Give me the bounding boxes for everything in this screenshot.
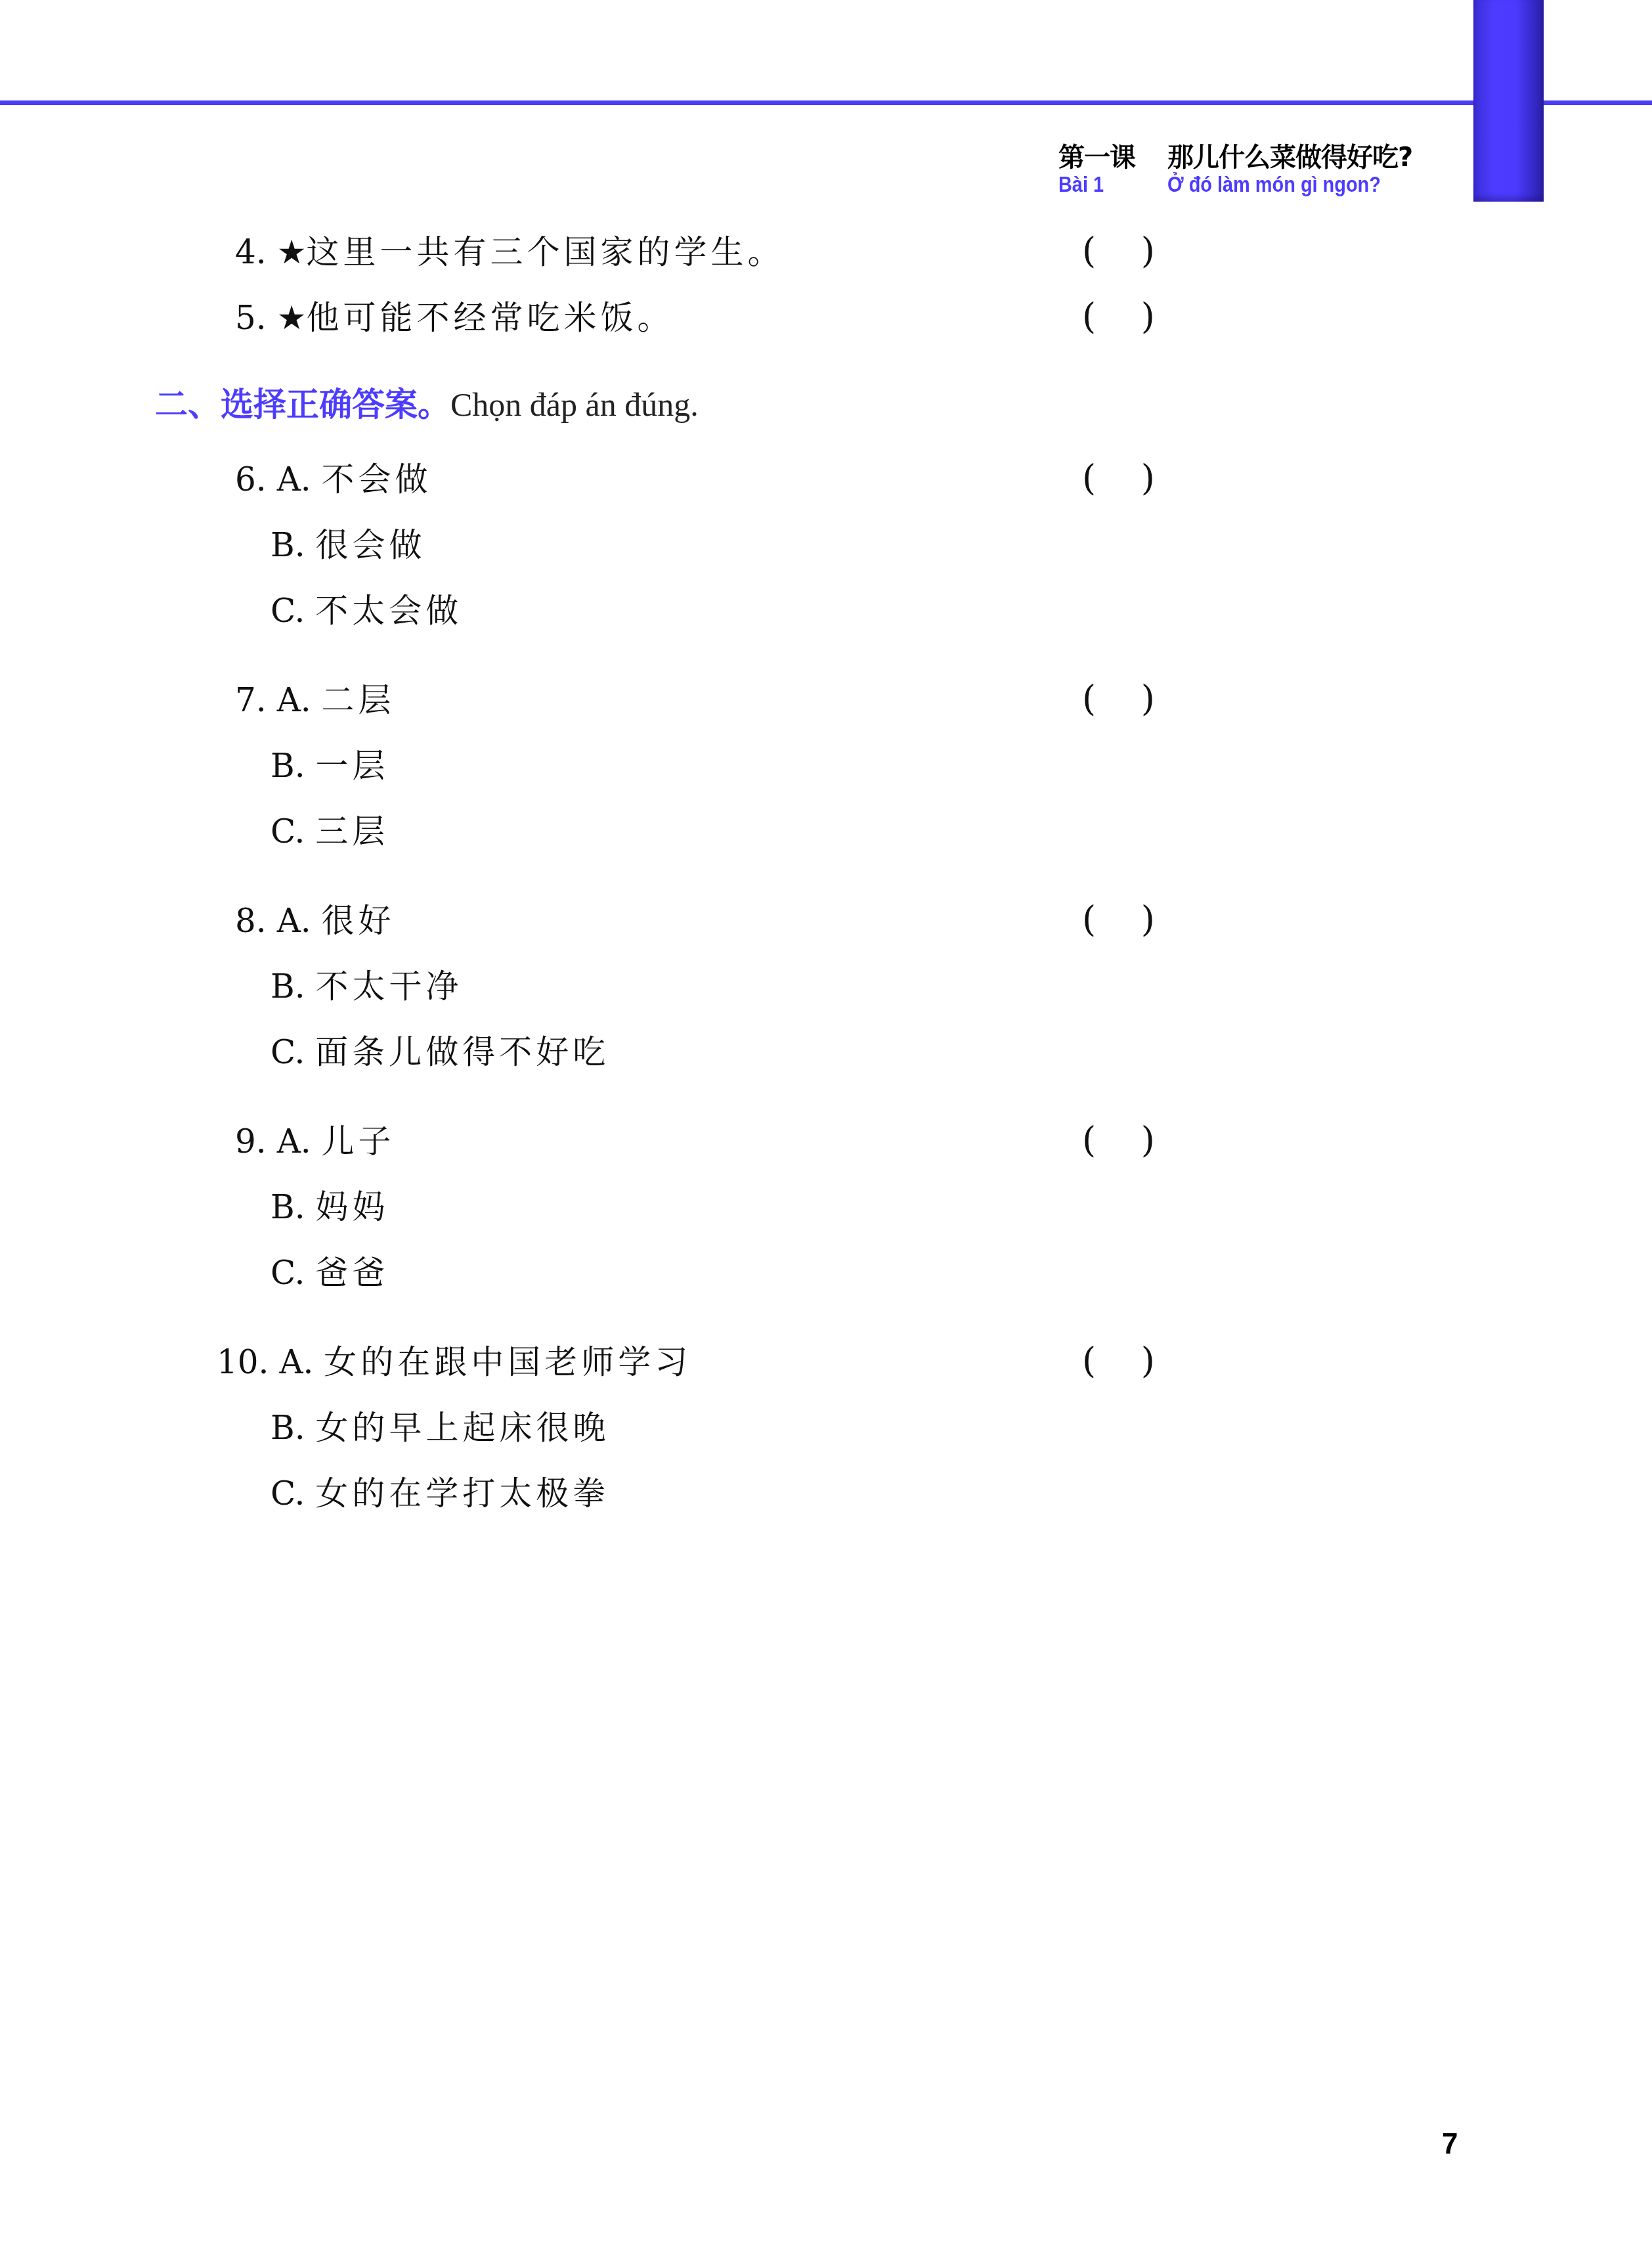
question-number: 5. (235, 299, 267, 337)
option-text: 不太干净 (316, 967, 463, 1006)
question-8-option-b: B. 不太干净 (271, 967, 463, 1006)
option-label: A. (277, 1122, 311, 1161)
option-text: 二层 (322, 681, 395, 719)
question-number: 6. (235, 460, 267, 498)
option-text: 儿子 (322, 1122, 395, 1161)
lesson-number-vn: Bài 1 (1058, 172, 1104, 198)
option-label: A. (277, 460, 311, 498)
option-text: 很会做 (316, 526, 426, 564)
question-number: 4. (235, 233, 267, 271)
option-label: A. (277, 902, 311, 940)
option-label: C. (271, 1474, 305, 1513)
option-label: B. (271, 526, 305, 564)
answer-blank-6[interactable]: ( ) (1082, 458, 1155, 498)
section-title-cn: 二、选择正确答案。 (155, 386, 450, 424)
page-number: 7 (1442, 2128, 1458, 2161)
question-7-option-c: C. 三层 (271, 812, 389, 851)
question-10-option-a: 10. A. 女的在跟中国老师学习 (217, 1342, 691, 1382)
option-text: 女的早上起床很晚 (316, 1409, 610, 1447)
star-icon: ★ (277, 233, 307, 271)
question-10-option-b: B. 女的早上起床很晚 (271, 1408, 610, 1448)
question-number: 7. (235, 681, 267, 719)
option-text: 女的在跟中国老师学习 (324, 1343, 691, 1381)
question-7-option-a: 7. A. 二层 (235, 680, 395, 720)
option-text: 爸爸 (315, 1254, 389, 1292)
option-label: A. (279, 1343, 313, 1381)
question-8-option-a: 8. A. 很好 (235, 901, 395, 941)
question-text: 他可能不经常吃米饭。 (306, 299, 674, 337)
question-10-option-c: C. 女的在学打太极拳 (271, 1474, 609, 1513)
question-9-option-a: 9. A. 儿子 (235, 1122, 395, 1161)
question-text: 这里一共有三个国家的学生。 (306, 233, 784, 271)
question-number: 9. (235, 1122, 267, 1161)
lesson-title-cn: 那儿什么菜做得好吃? (1167, 137, 1412, 174)
option-text: 不太会做 (315, 592, 462, 630)
answer-blank-7[interactable]: ( ) (1082, 679, 1155, 719)
option-text: 不会做 (322, 460, 432, 498)
question-7-option-b: B. 一层 (271, 746, 389, 786)
option-label: A. (277, 681, 311, 719)
question-number: 8. (235, 902, 267, 940)
option-text: 三层 (315, 812, 389, 851)
option-label: B. (271, 747, 305, 785)
question-6-option-a: 6. A. 不会做 (235, 460, 432, 499)
answer-blank-4[interactable]: ( ) (1082, 231, 1155, 271)
star-icon: ★ (277, 299, 307, 337)
option-text: 很好 (322, 902, 395, 940)
question-5: 5. ★他可能不经常吃米饭。 (235, 298, 674, 338)
option-label: B. (271, 1188, 305, 1226)
option-text: 一层 (316, 747, 389, 785)
question-9-option-c: C. 爸爸 (271, 1253, 389, 1293)
question-4: 4. ★这里一共有三个国家的学生。 (235, 232, 784, 272)
question-9-option-b: B. 妈妈 (271, 1187, 389, 1227)
answer-blank-5[interactable]: ( ) (1082, 297, 1155, 336)
section-title-vn: Chọn đáp án đúng. (450, 386, 699, 423)
question-number: 10. (217, 1343, 269, 1381)
option-label: C. (271, 1254, 305, 1292)
option-label: B. (271, 967, 305, 1006)
option-label: C. (271, 592, 305, 630)
answer-blank-10[interactable]: ( ) (1082, 1341, 1155, 1381)
question-6-option-b: B. 很会做 (271, 525, 426, 565)
section-2-heading: 二、选择正确答案。Chọn đáp án đúng. (155, 385, 699, 424)
chapter-tab-marker (1473, 0, 1544, 202)
option-text: 面条儿做得不好吃 (315, 1033, 609, 1071)
answer-blank-9[interactable]: ( ) (1082, 1120, 1155, 1160)
header-rule (0, 100, 1652, 105)
option-text: 妈妈 (316, 1188, 389, 1226)
option-label: C. (271, 1033, 305, 1071)
answer-blank-8[interactable]: ( ) (1082, 900, 1155, 939)
option-label: B. (271, 1409, 305, 1447)
question-8-option-c: C. 面条儿做得不好吃 (271, 1032, 609, 1072)
option-text: 女的在学打太极拳 (315, 1474, 609, 1513)
option-label: C. (271, 812, 305, 851)
lesson-number-cn: 第一课 (1058, 137, 1135, 174)
lesson-title-vn: Ở đó làm món gì ngon? (1167, 172, 1381, 198)
question-6-option-c: C. 不太会做 (271, 591, 462, 631)
